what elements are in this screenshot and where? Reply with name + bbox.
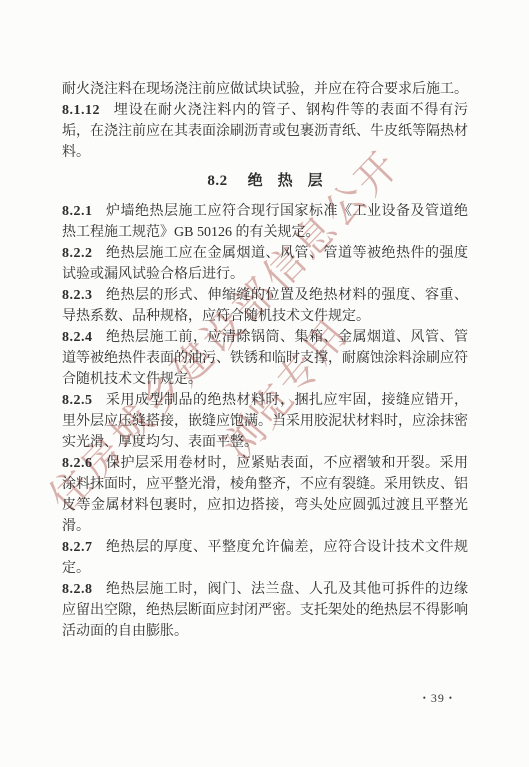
clause-text: 耐火浇注料在现场浇注前应做试块试验，并应在符合要求后施工。 [62, 82, 468, 97]
clause-number: 8.2.2 [62, 246, 106, 261]
clause-paragraph: 8.1.12埋设在耐火浇注料内的管子、钢构件等的表面不得有污垢，在浇注前应在其表… [62, 100, 468, 163]
clause-text: 绝热层施工时，阀门、法兰盘、人孔及其他可拆件的边缘应留出空隙，绝热层断面应封闭严… [62, 582, 468, 639]
clause-paragraph: 8.2.1炉墙绝热层施工应符合现行国家标准《工业设备及管道绝热工程施工规范》GB… [62, 201, 468, 243]
section-title: 绝 热 层 [248, 173, 323, 189]
page-number: •39• [419, 691, 457, 705]
clause-number: 8.2.6 [62, 456, 106, 471]
page-number-left-dot: • [419, 693, 431, 703]
clause-paragraph: 8.2.3绝热层的形式、伸缩缝的位置及绝热材料的强度、容重、导热系数、品种规格，… [62, 285, 468, 327]
clause-text: 炉墙绝热层施工应符合现行国家标准《工业设备及管道绝热工程施工规范》GB 5012… [62, 204, 468, 240]
clause-number: 8.2.3 [62, 288, 106, 303]
clause-number: 8.2.4 [62, 330, 106, 345]
clause-paragraph: 8.2.5采用成型制品的绝热材料时，捆扎应牢固，接缝应错开，里外层应压缝搭接，嵌… [62, 390, 468, 453]
clause-text: 绝热层施工前，应清除锅筒、集箱、金属烟道、风管、管道等被绝热件表面的油污、铁锈和… [62, 330, 468, 387]
clause-paragraph: 8.2.8绝热层施工时，阀门、法兰盘、人孔及其他可拆件的边缘应留出空隙，绝热层断… [62, 579, 468, 642]
clause-text: 绝热层的形式、伸缩缝的位置及绝热材料的强度、容重、导热系数、品种规格，应符合随机… [62, 288, 468, 324]
clause-paragraph: 8.2.2绝热层施工应在金属烟道、风管、管道等被绝热件的强度试验或漏风试验合格后… [62, 243, 468, 285]
page-number-right-dot: • [445, 693, 457, 703]
clause-number: 8.2.1 [62, 204, 106, 219]
clause-number: 8.1.12 [62, 103, 113, 118]
clause-number: 8.2.7 [62, 540, 106, 555]
clause-number: 8.2.8 [62, 582, 106, 597]
clause-text: 绝热层的厚度、平整度允许偏差，应符合设计技术文件规定。 [62, 540, 468, 576]
clause-text: 埋设在耐火浇注料内的管子、钢构件等的表面不得有污垢，在浇注前应在其表面涂刷沥青或… [62, 103, 468, 160]
section-number: 8.2 [207, 173, 247, 189]
clause-text: 保护层采用卷材时，应紧贴表面，不应褶皱和开裂。采用涂料抹面时，应平整光滑，棱角整… [62, 456, 468, 534]
body-paragraph: 耐火浇注料在现场浇注前应做试块试验，并应在符合要求后施工。 [62, 79, 468, 100]
clause-paragraph: 8.2.7绝热层的厚度、平整度允许偏差，应符合设计技术文件规定。 [62, 537, 468, 579]
clause-text: 采用成型制品的绝热材料时，捆扎应牢固，接缝应错开，里外层应压缝搭接，嵌缝应饱满。… [62, 393, 468, 450]
section-heading: 8.2绝 热 层 [62, 171, 468, 192]
document-page: 住房城乡建设部信息公开 浏览专用 耐火浇注料在现场浇注前应做试块试验，并应在符合… [0, 0, 529, 767]
clause-number: 8.2.5 [62, 393, 106, 408]
text-block: 耐火浇注料在现场浇注前应做试块试验，并应在符合要求后施工。 8.1.12埋设在耐… [62, 79, 468, 642]
clause-paragraph: 8.2.6保护层采用卷材时，应紧贴表面，不应褶皱和开裂。采用涂料抹面时，应平整光… [62, 453, 468, 537]
page-number-value: 39 [431, 691, 445, 705]
clause-paragraph: 8.2.4绝热层施工前，应清除锅筒、集箱、金属烟道、风管、管道等被绝热件表面的油… [62, 327, 468, 390]
clause-text: 绝热层施工应在金属烟道、风管、管道等被绝热件的强度试验或漏风试验合格后进行。 [62, 246, 468, 282]
